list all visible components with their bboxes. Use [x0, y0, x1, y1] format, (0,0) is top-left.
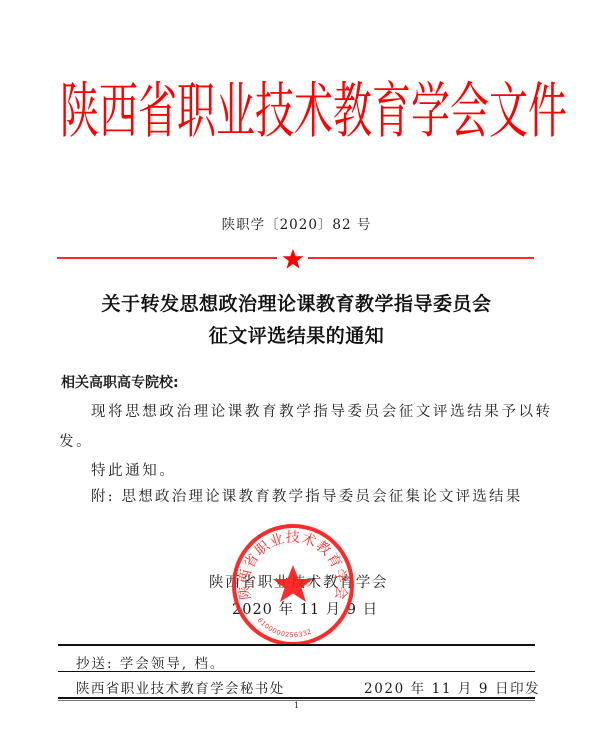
- star-icon: [282, 248, 304, 270]
- official-seal-icon: 陕西省职业技术教育学会 6100000256332: [229, 521, 357, 649]
- issuing-office: 陕西省职业技术教育学会秘书处: [76, 677, 285, 697]
- body-paragraph-1-line-2: 发。: [59, 430, 93, 451]
- document-number: 陕职学〔2020〕82 号: [0, 213, 593, 233]
- issue-date: 2020 年 11 月 9 日印发: [364, 677, 540, 697]
- footer-bottom-rule: [58, 697, 535, 699]
- salutation: 相关高职高专院校:: [61, 372, 179, 392]
- notice-title-line-2: 征文评选结果的通知: [0, 321, 593, 348]
- body-paragraph-2: 特此通知。: [91, 459, 177, 480]
- footer-middle-rule: [58, 671, 535, 672]
- cc-line: 抄送: 学会领导, 档。: [76, 652, 225, 672]
- footer-top-rule: [58, 644, 535, 646]
- red-divider-right: [308, 257, 534, 259]
- notice-title-line-1: 关于转发思想政治理论课教育教学指导委员会: [0, 289, 593, 316]
- page-number: 1: [0, 701, 593, 710]
- masthead-title: 陕西省职业技术教育学会文件: [60, 82, 530, 191]
- body-paragraph-1-line-1: 现将思想政治理论课教育教学指导委员会征文评选结果予以转: [91, 400, 553, 421]
- attachment-line: 附: 思想政治理论课教育教学指导委员会征集论文评选结果: [91, 485, 522, 506]
- red-divider-left: [57, 257, 277, 259]
